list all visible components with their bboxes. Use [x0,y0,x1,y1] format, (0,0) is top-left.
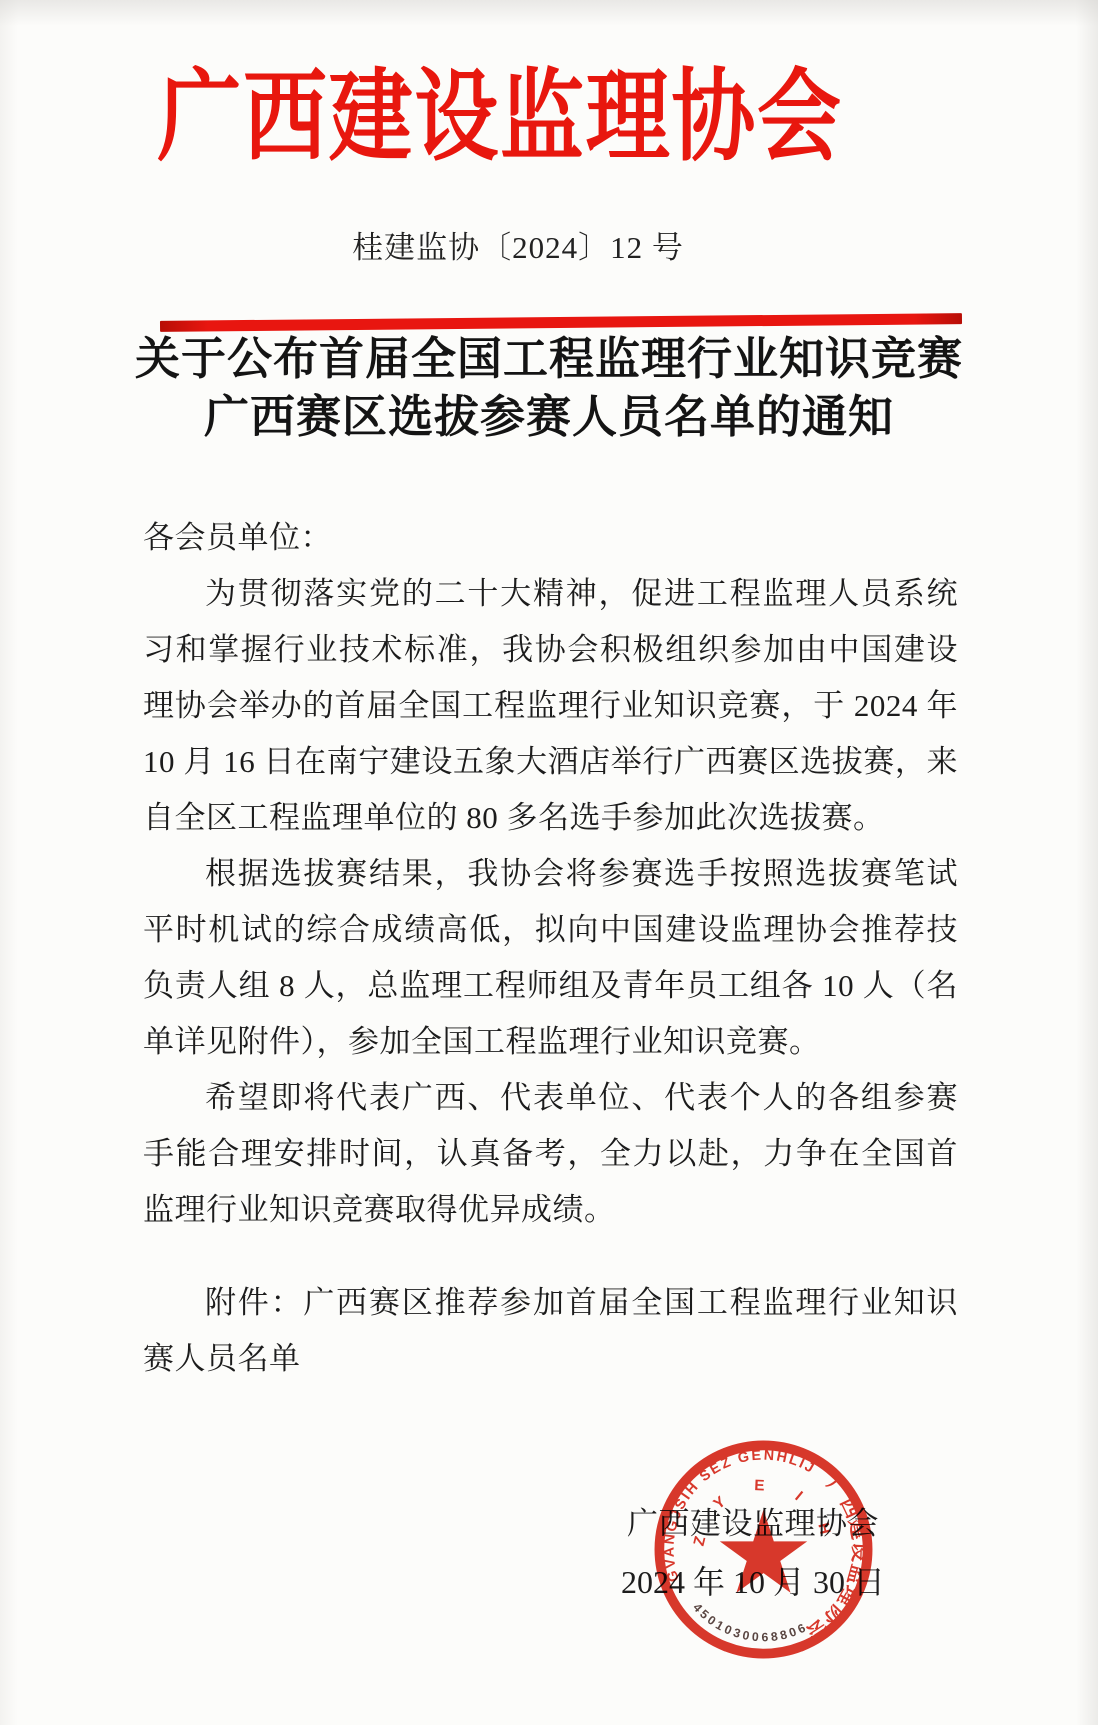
body-line: 自全区工程监理单位的 80 多名选手参加此次选拔赛。 [143,790,958,846]
body-line: 根据选拔赛结果，我协会将参赛选手按照选拔赛笔试和 [143,846,958,902]
document-page: 广西建设监理协会 桂建监协〔2024〕12 号 关于公布首届全国工程监理行业知识… [0,0,1098,1725]
body-line: 附件：广西赛区推荐参加首届全国工程监理行业知识竞 [143,1275,958,1331]
notice-title-line-2: 广西赛区选拔参赛人员名单的通知 [0,388,1098,446]
body-line: 监理行业知识竞赛取得优异成绩。 [143,1182,958,1238]
body-line: 各会员单位： [143,510,958,566]
official-seal: GVANGJSIH SEZ GENHLIJ 广西建设监理协会 Z Y E I H… [641,1427,886,1672]
body-line: 赛人员名单 [143,1331,958,1387]
body-line: 手能合理安排时间，认真备考，全力以赴，力争在全国首届 [143,1126,958,1182]
masthead-org-name: 广西建设监理协会 [80,52,920,184]
notice-title: 关于公布首届全国工程监理行业知识竞赛 广西赛区选拔参赛人员名单的通知 [0,330,1098,446]
body-line: 理协会举办的首届全国工程监理行业知识竞赛，于 2024 年 [143,678,958,734]
seal-star [720,1510,807,1593]
notice-title-line-1: 关于公布首届全国工程监理行业知识竞赛 [0,330,1098,388]
body-line: 为贯彻落实党的二十大精神，促进工程监理人员系统学 [143,566,958,622]
body-line: 10 月 16 日在南宁建设五象大酒店举行广西赛区选拔赛，来 [143,734,958,790]
body-line: 单详见附件），参加全国工程监理行业知识竞赛。 [143,1014,958,1070]
seal-arc-latin-text: GVANGJSIH SEZ GENHLIJ [662,1447,819,1583]
doc-number: 桂建监协〔2024〕12 号 [18,226,1018,270]
body-line: 习和掌握行业技术标准，我协会积极组织参加由中国建设监 [143,622,958,678]
svg-text:GVANGJSIH SEZ GENHLIJ: GVANGJSIH SEZ GENHLIJ [662,1447,819,1583]
body-line: 希望即将代表广西、代表单位、代表个人的各组参赛选 [143,1070,958,1126]
body-text: 各会员单位：为贯彻落实党的二十大精神，促进工程监理人员系统学习和掌握行业技术标准… [143,510,958,1387]
body-line: 负责人组 8 人，总监理工程师组及青年员工组各 10 人（名 [143,958,958,1014]
body-line: 平时机试的综合成绩高低，拟向中国建设监理协会推荐技术 [143,902,958,958]
